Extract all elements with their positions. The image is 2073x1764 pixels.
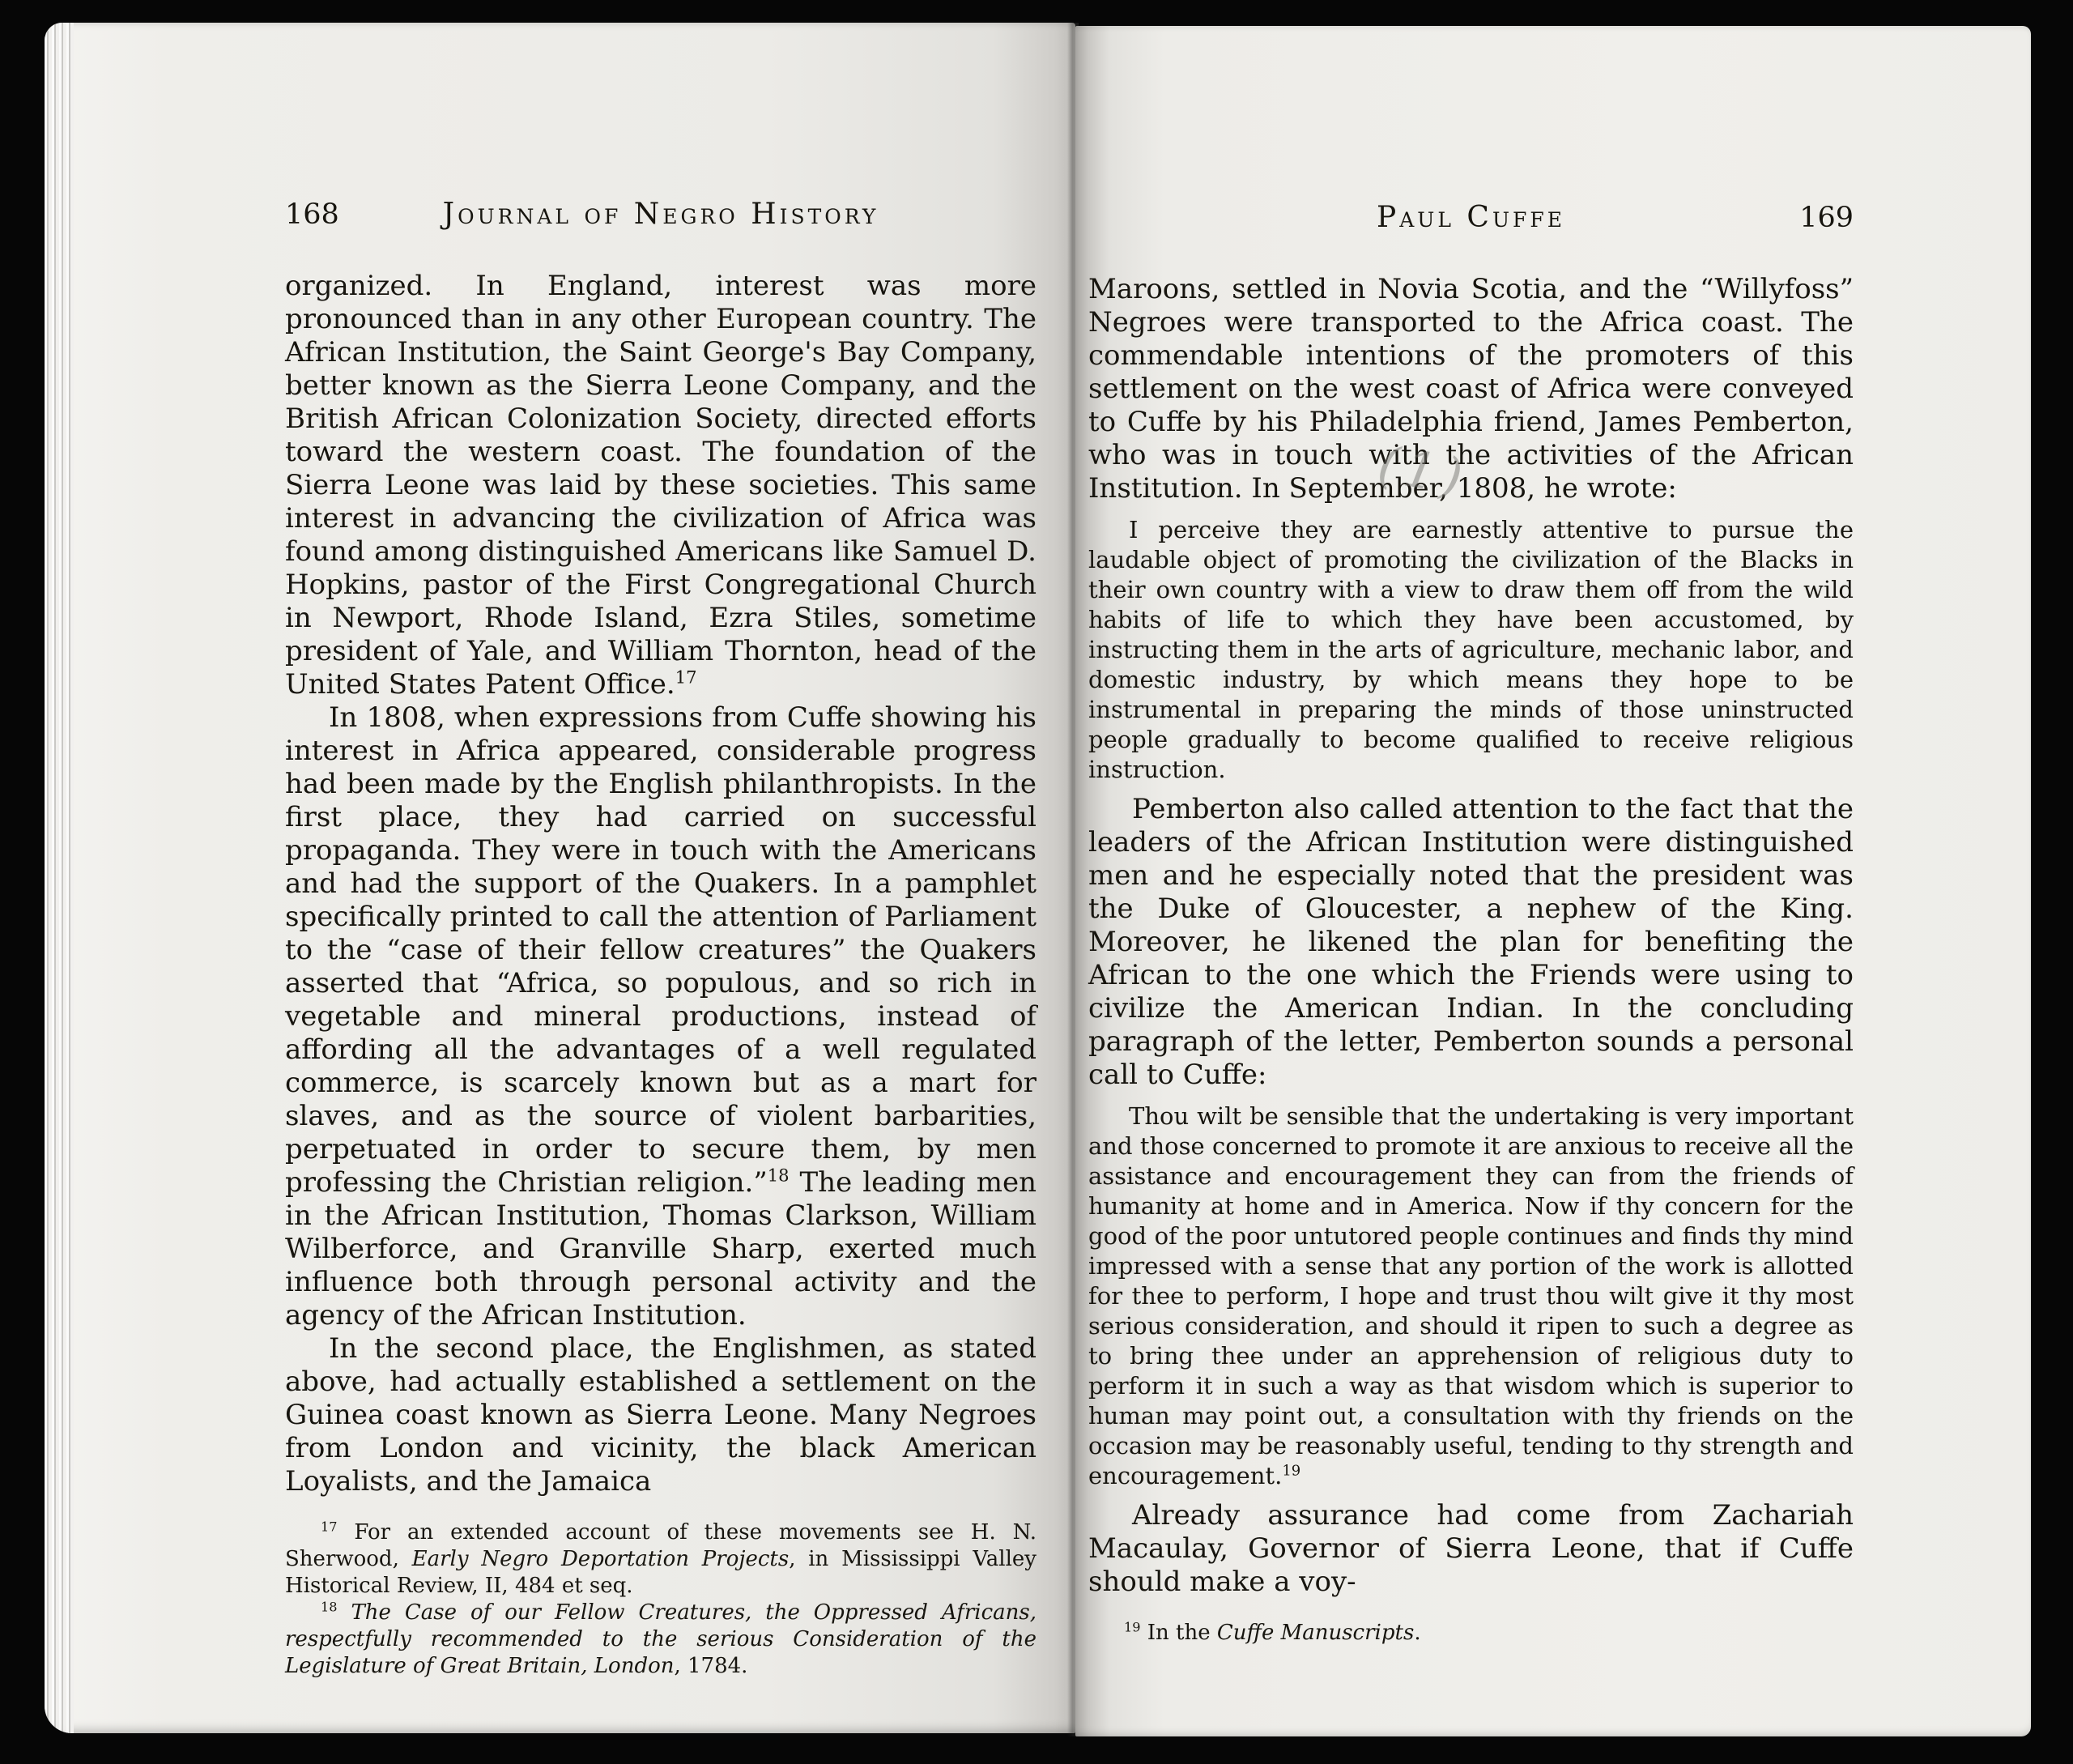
paragraph: Already assurance had come from Zacharia… (1088, 1499, 1854, 1599)
footnote-17: 17 For an extended account of these move… (285, 1519, 1036, 1600)
page-number-right: 169 (1799, 200, 1854, 236)
footnotes-left: 17 For an extended account of these move… (285, 1519, 1036, 1680)
paragraph: In 1808, when expressions from Cuffe sho… (285, 701, 1036, 1332)
paragraph: Pemberton also called attention to the f… (1088, 793, 1854, 1092)
paragraph-continuation: Maroons, settled in Novia Scotia, and th… (1088, 273, 1854, 505)
paragraph-continuation: organized. In England, interest was more… (285, 270, 1036, 701)
footnote-19: 19 In the Cuffe Manuscripts. (1088, 1620, 1854, 1647)
page-right-text-column: Paul Cuffe 169 (1) Maroons, settled in N… (1088, 200, 1854, 1647)
page-number-left: 168 (285, 197, 339, 232)
page-left-text-column: 168 Journal of Negro History organized. … (285, 197, 1036, 1680)
running-head-left: 168 Journal of Negro History (285, 197, 1036, 232)
page-right: Paul Cuffe 169 (1) Maroons, settled in N… (1075, 26, 2031, 1736)
running-title-left: Journal of Negro History (443, 197, 879, 232)
running-title-right: Paul Cuffe (1377, 200, 1565, 236)
paragraph: In the second place, the Englishmen, as … (285, 1332, 1036, 1498)
footnote-18: 18 The Case of our Fellow Creatures, the… (285, 1600, 1036, 1680)
blockquote-personal-call: Thou wilt be sensible that the undertaki… (1088, 1101, 1854, 1491)
page-left: 168 Journal of Negro History organized. … (45, 23, 1075, 1733)
footnotes-right: 19 In the Cuffe Manuscripts. (1088, 1620, 1854, 1647)
blockquote-pemberton-letter: I perceive they are earnestly attentive … (1088, 515, 1854, 785)
running-head-right: Paul Cuffe 169 (1088, 200, 1854, 236)
page-edge-stack (45, 23, 74, 1733)
